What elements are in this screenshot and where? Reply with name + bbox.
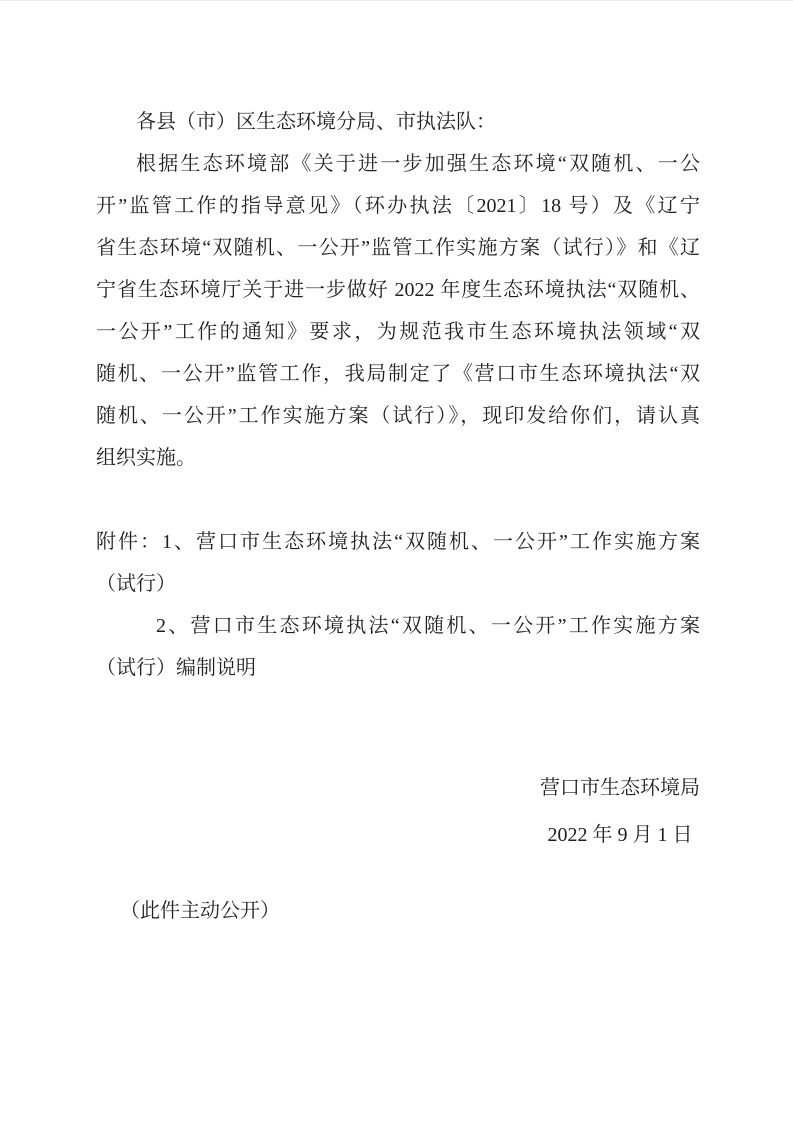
signature-date: 2022 年 9 月 1 日: [540, 812, 700, 859]
attachment-line: 2、营口市生态环境执法“双随机、一公开”工作实施方案: [96, 605, 700, 647]
attachment-line: （试行）编制说明: [96, 647, 700, 689]
body-line: 随机、一公开”工作实施方案（试行）》，现印发给你们，请认真: [96, 395, 700, 437]
signature-block: 营口市生态环境局 2022 年 9 月 1 日: [540, 765, 700, 859]
body-line: 根据生态环境部《关于进一步加强生态环境“双随机、一公: [96, 143, 700, 185]
body-line: 随机、一公开”监管工作，我局制定了《营口市生态环境执法“双: [96, 353, 700, 395]
body-line: 省生态环境“双随机、一公开”监管工作实施方案（试行）》和《辽: [96, 227, 700, 269]
spacer: [96, 859, 700, 890]
attachment-line: （试行）: [96, 563, 700, 605]
spacer: [96, 689, 700, 765]
body-line: 一公开”工作的通知》要求，为规范我市生态环境执法领域“双: [96, 311, 700, 353]
body-line: 宁省生态环境厅关于进一步做好 2022 年度生态环境执法“双随机、: [96, 269, 700, 311]
document-page: 各县（市）区生态环境分局、市执法队： 根据生态环境部《关于进一步加强生态环境“双…: [0, 0, 793, 1122]
publicity-note: （此件主动公开）: [96, 890, 700, 932]
signature-organization: 营口市生态环境局: [540, 765, 700, 812]
body-line: 组织实施。: [96, 437, 700, 479]
document-content: 各县（市）区生态环境分局、市执法队： 根据生态环境部《关于进一步加强生态环境“双…: [0, 1, 793, 932]
spacer: [96, 479, 700, 521]
body-line: 开”监管工作的指导意见》（环办执法〔2021〕18 号）及《辽宁: [96, 185, 700, 227]
salutation: 各县（市）区生态环境分局、市执法队：: [96, 101, 700, 143]
attachment-line: 附件：1、营口市生态环境执法“双随机、一公开”工作实施方案: [96, 521, 700, 563]
